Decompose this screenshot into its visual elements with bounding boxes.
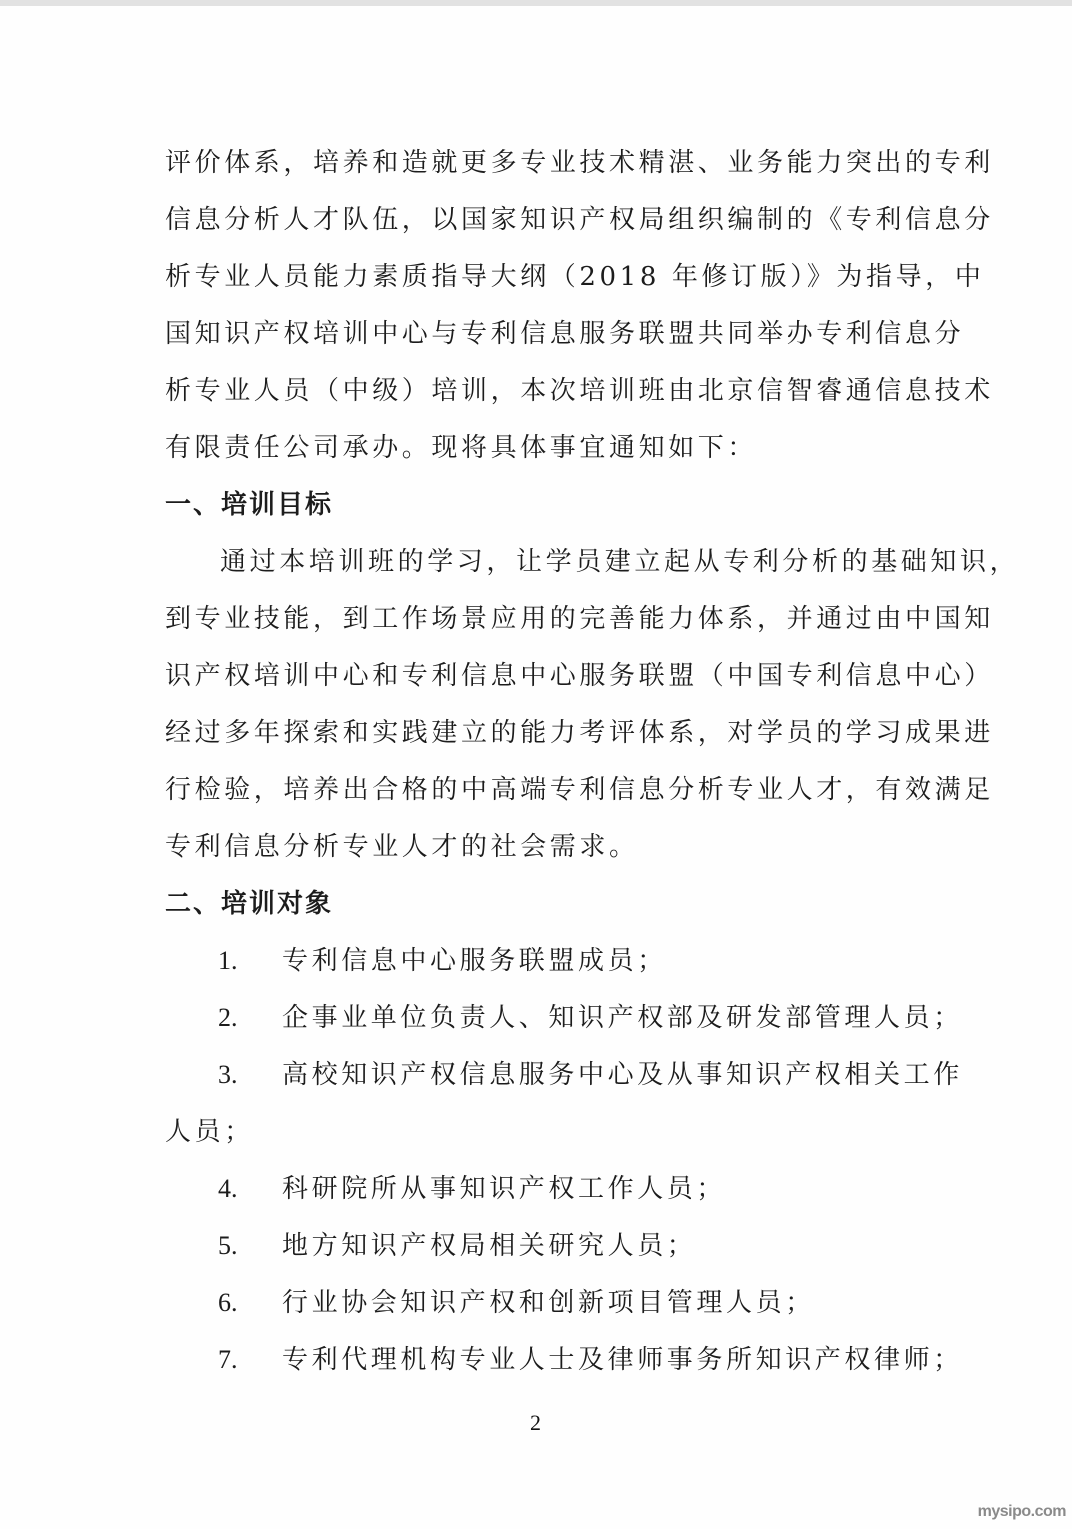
list-item-text: 企事业单位负责人、知识产权部及研发部管理人员； <box>282 1003 963 1033</box>
list-item-text: 行业协会知识产权和创新项目管理人员； <box>282 1288 815 1318</box>
text-line: 信息分析人才队伍，以国家知识产权局组织编制的《专利信息分 <box>165 205 994 235</box>
list-item-number: 5. <box>218 1231 238 1261</box>
list-item-number: 7. <box>218 1345 238 1375</box>
text-line: 国知识产权培训中心与专利信息服务联盟共同举办专利信息分 <box>165 319 964 349</box>
list-item-number: 2. <box>218 1003 238 1033</box>
text-line: 通过本培训班的学习，让学员建立起从专利分析的基础知识， <box>220 547 1019 577</box>
text-line: 析专业人员能力素质指导大纲（2018 年修订版）》为指导，中 <box>165 262 984 292</box>
list-item-number: 6. <box>218 1288 238 1318</box>
list-item-text: 高校知识产权信息服务中心及从事知识产权相关工作 <box>282 1060 963 1090</box>
list-item-text: 科研院所从事知识产权工作人员； <box>282 1174 726 1204</box>
text-line: 评价体系，培养和造就更多专业技术精湛、业务能力突出的专利 <box>165 148 994 178</box>
text-line: 行检验，培养出合格的中高端专利信息分析专业人才，有效满足 <box>165 775 994 805</box>
section-heading-training-goal: 一、培训目标 <box>165 490 333 520</box>
text-line: 识产权培训中心和专利信息中心服务联盟（中国专利信息中心） <box>165 661 994 691</box>
list-item-number: 3. <box>218 1060 238 1090</box>
text-line: 到专业技能，到工作场景应用的完善能力体系，并通过由中国知 <box>165 604 994 634</box>
list-item-text: 专利信息中心服务联盟成员； <box>282 946 667 976</box>
watermark: mysipo.com <box>978 1503 1066 1521</box>
list-item-number: 4. <box>218 1174 238 1204</box>
list-item-text: 专利代理机构专业人士及律师事务所知识产权律师； <box>282 1345 963 1375</box>
text-line: 经过多年探索和实践建立的能力考评体系，对学员的学习成果进 <box>165 718 994 748</box>
text-line: 析专业人员（中级）培训，本次培训班由北京信智睿通信息技术 <box>165 376 994 406</box>
list-item-continuation: 人员； <box>165 1117 254 1147</box>
list-item-text: 地方知识产权局相关研究人员； <box>282 1231 696 1261</box>
section-heading-training-audience: 二、培训对象 <box>165 889 333 919</box>
text-line: 专利信息分析专业人才的社会需求。 <box>165 832 639 862</box>
page-number: 2 <box>530 1410 541 1436</box>
list-item-number: 1. <box>218 946 238 976</box>
text-line: 有限责任公司承办。现将具体事宜通知如下： <box>165 433 757 463</box>
document-page: 评价体系，培养和造就更多专业技术精湛、业务能力突出的专利 信息分析人才队伍，以国… <box>0 6 1072 1529</box>
